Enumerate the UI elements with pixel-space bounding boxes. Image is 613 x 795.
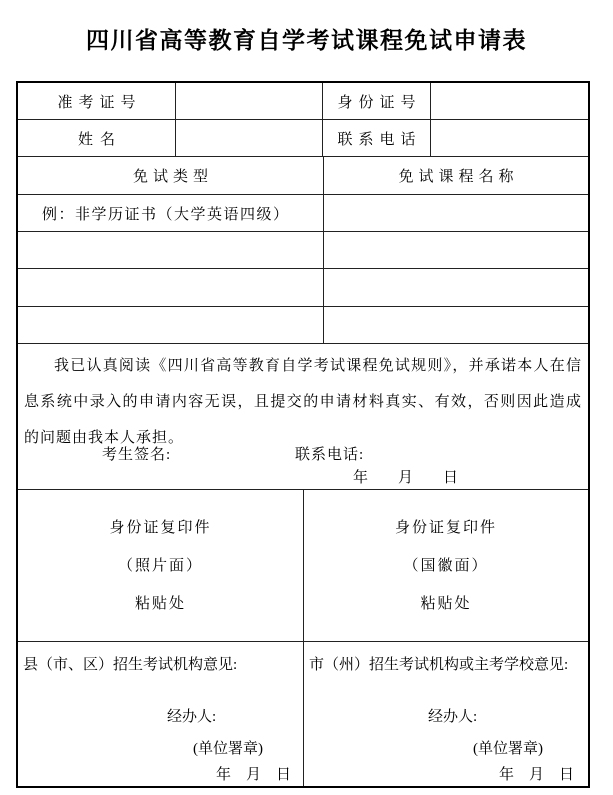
id-copy-emblem-line3: 粘贴处 bbox=[420, 585, 471, 623]
exemption-course-cell-3 bbox=[324, 307, 588, 344]
county-handler-label: 经办人: bbox=[167, 705, 216, 726]
county-date-line: 年 月 日 bbox=[216, 763, 291, 784]
exemption-example-course-cell bbox=[324, 195, 588, 232]
county-seal-label: (单位署章) bbox=[193, 737, 263, 758]
exemption-rows-section: 例：非学历证书（大学英语四级） bbox=[18, 195, 588, 344]
declaration-section: 我已认真阅读《四川省高等教育自学考试课程免试规则》，并承诺本人在信息系统中录入的… bbox=[18, 344, 588, 490]
signature-date-line: 年 月 日 bbox=[353, 466, 458, 487]
exemption-course-cell-1 bbox=[324, 232, 588, 269]
county-opinion-cell: 县（市、区）招生考试机构意见: 经办人: (单位署章) 年 月 日 bbox=[18, 642, 304, 786]
name-value-cell bbox=[176, 120, 323, 157]
county-opinion-title: 县（市、区）招生考试机构意见: bbox=[23, 653, 237, 674]
exemption-course-header: 免试课程名称 bbox=[324, 157, 588, 195]
id-copy-emblem-side-cell: 身份证复印件 （国徽面） 粘贴处 bbox=[304, 490, 588, 642]
phone-label: 联系电话 bbox=[323, 120, 431, 157]
opinions-section: 县（市、区）招生考试机构意见: 经办人: (单位署章) 年 月 日 市（州）招生… bbox=[18, 642, 588, 786]
id-copy-emblem-line2: （国徽面） bbox=[403, 547, 488, 585]
candidate-info-section: 准考证号 身份证号 姓名 联系电话 bbox=[18, 83, 588, 157]
exemption-type-cell-3 bbox=[18, 307, 324, 344]
exemption-type-cell-2 bbox=[18, 269, 324, 307]
contact-phone-label: 联系电话: bbox=[295, 443, 364, 464]
id-copy-photo-side-cell: 身份证复印件 （照片面） 粘贴处 bbox=[18, 490, 304, 642]
id-copy-photo-line1: 身份证复印件 bbox=[109, 509, 211, 547]
city-opinion-title: 市（州）招生考试机构或主考学校意见: bbox=[309, 653, 568, 674]
admission-ticket-label: 准考证号 bbox=[18, 83, 176, 120]
exemption-example-type-cell: 例：非学历证书（大学英语四级） bbox=[18, 195, 324, 232]
admission-ticket-value-cell bbox=[176, 83, 323, 120]
exemption-type-header: 免试类型 bbox=[18, 157, 324, 195]
id-number-label: 身份证号 bbox=[323, 83, 431, 120]
id-copy-photo-line3: 粘贴处 bbox=[135, 585, 186, 623]
candidate-signature-label: 考生签名: bbox=[102, 443, 171, 464]
id-copy-emblem-line1: 身份证复印件 bbox=[395, 509, 497, 547]
id-copy-photo-line2: （照片面） bbox=[118, 547, 203, 585]
exemption-application-document: 四川省高等教育自学考试课程免试申请表 准考证号 身份证号 姓名 联系电话 免试类… bbox=[0, 0, 613, 795]
exemption-course-cell-2 bbox=[324, 269, 588, 307]
city-opinion-cell: 市（州）招生考试机构或主考学校意见: 经办人: (单位署章) 年 月 日 bbox=[304, 642, 588, 786]
id-number-value-cell bbox=[431, 83, 588, 120]
exemption-type-cell-1 bbox=[18, 232, 324, 269]
phone-value-cell bbox=[431, 120, 588, 157]
declaration-text: 我已认真阅读《四川省高等教育自学考试课程免试规则》，并承诺本人在信息系统中录入的… bbox=[18, 344, 588, 456]
page-title: 四川省高等教育自学考试课程免试申请表 bbox=[0, 22, 613, 55]
city-handler-label: 经办人: bbox=[428, 705, 477, 726]
id-copy-section: 身份证复印件 （照片面） 粘贴处 身份证复印件 （国徽面） 粘贴处 bbox=[18, 490, 588, 642]
city-seal-label: (单位署章) bbox=[473, 737, 543, 758]
exemption-header-row: 免试类型 免试课程名称 bbox=[18, 157, 588, 195]
name-label: 姓名 bbox=[18, 120, 176, 157]
application-form-table: 准考证号 身份证号 姓名 联系电话 免试类型 免试课程名称 例：非学历证书（大学… bbox=[16, 81, 590, 788]
city-date-line: 年 月 日 bbox=[499, 763, 574, 784]
